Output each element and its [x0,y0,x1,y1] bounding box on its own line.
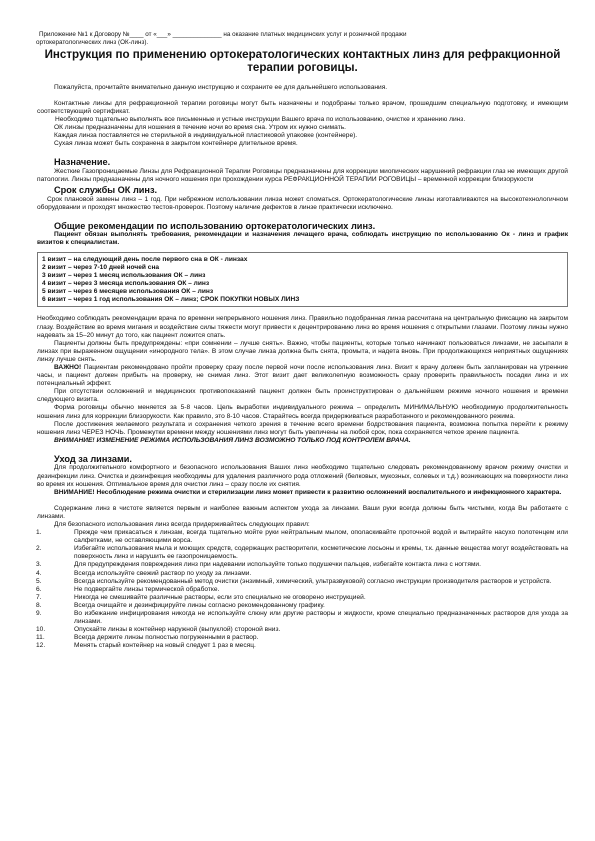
visit-item: 2 визит – через 7-10 дней ночей сна [42,264,563,272]
rule-item: 5.Всегда используйте рекомендованный мет… [37,578,568,586]
care-rules-intro: Для безопасного использования линз всегд… [37,521,568,529]
rule-item: 7.Никогда не смешивайте различные раство… [37,594,568,602]
care-heading: Уход за линзами. [37,454,568,465]
important-text: Пациентам рекомендовано пройти проверку … [37,364,568,387]
general-paragraph-5: Форма роговицы обычно меняется за 5-8 ча… [37,404,568,420]
general-paragraph-2: Пациенты должны быть предупреждены: «при… [37,340,568,364]
visit-item: 1 визит – на следующий день после первог… [42,256,563,264]
general-intro: Пациент обязан выполнять требования, рек… [37,231,568,247]
document-title: Инструкция по применению ортокератологич… [37,48,568,75]
purpose-text: Жесткие Газопроницаемые Линзы для Рефрак… [37,168,568,184]
rule-item: 10.Опускайте линзы в контейнер наружной … [37,626,568,634]
care-rules-list: 1.Прежде чем прикасаться к линзам, всегд… [37,529,568,650]
rule-item: 9.Во избежание инфицирования никогда не … [37,610,568,626]
regime-warning: ВНИМАНИЕ! ИЗМЕНЕНИЕ РЕЖИМА ИСПОЛЬЗОВАНИЯ… [37,437,568,445]
care-warning: ВНИМАНИЕ! Несоблюдение режима очистки и … [37,489,568,497]
visit-item: 5 визит – через 6 месяцев использования … [42,288,563,296]
rule-item: 12.Менять старый контейнер на новый след… [37,642,568,650]
visit-item: 4 визит – через 3 месяца использования О… [42,280,563,288]
rule-item: 1.Прежде чем прикасаться к линзам, всегд… [37,529,568,545]
care-paragraph-2: Содержание линз в чистоте является первы… [37,505,568,521]
visit-item: 3 визит – через 1 месяц использования ОК… [42,272,563,280]
care-paragraph-1: Для продолжительного комфортного и безоп… [37,464,568,488]
intro-please: Пожалуйста, прочитайте внимательно данну… [37,84,568,92]
rule-item: 4.Всегда используйте свежий раствор по у… [37,570,568,578]
intro-paragraph-5: Сухая линза может быть сохранена в закры… [37,140,568,148]
purpose-heading: Назначение. [37,157,568,168]
contract-header-line1: Приложение №1 к Договору №____ от «___» … [36,31,568,39]
general-paragraph-3: ВАЖНО! Пациентам рекомендовано пройти пр… [37,364,568,388]
contract-header-line2: ортокератологических линз (ОК-линз). [36,39,568,47]
rule-item: 3.Для предупреждения повреждения линз пр… [37,561,568,569]
visit-schedule-box: 1 визит – на следующий день после первог… [37,252,568,308]
lifespan-text: Срок плановой замены линз – 1 год. При н… [37,196,568,212]
important-label: ВАЖНО! [54,364,81,371]
contract-header: Приложение №1 к Договору №____ от «___» … [36,31,568,47]
intro-paragraph-2: Необходимо тщательно выполнять все письм… [37,116,568,124]
general-heading: Общие рекомендации по использованию орто… [37,221,568,232]
document-page: Приложение №1 к Договору №____ от «___» … [37,31,568,651]
general-paragraph-4: При отсутствии осложнений и медицинских … [37,388,568,404]
rule-item: 6.Не подвергайте линзы термической обраб… [37,586,568,594]
intro-paragraph-1: Контактные линзы для рефракционной терап… [37,100,568,116]
lifespan-heading: Срок службы ОК линз. [37,185,568,196]
rule-item: 2.Избегайте использования мыла и моющих … [37,545,568,561]
general-paragraph-1: Необходимо соблюдать рекомендации врача … [37,315,568,339]
rule-item: 8.Всегда очищайте и дезинфицируйте линзы… [37,602,568,610]
general-paragraph-6: После достижения желаемого результата и … [37,421,568,437]
visit-item: 6 визит – через 1 год использования ОК –… [42,296,563,304]
